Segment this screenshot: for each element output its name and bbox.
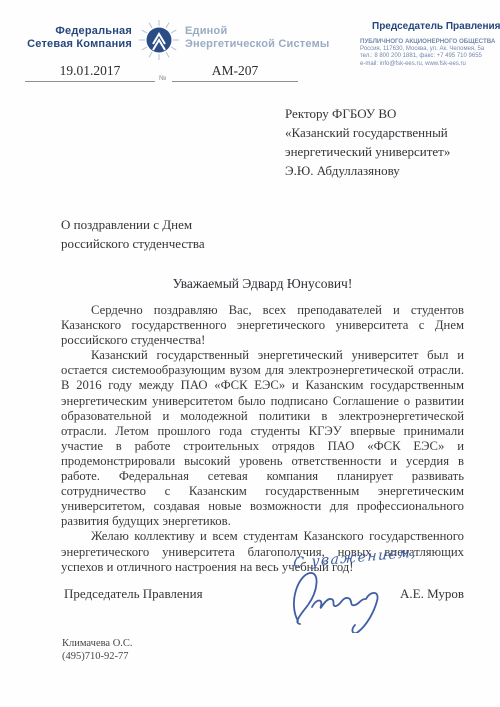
signature-flourish-icon — [284, 563, 404, 638]
company-email-web: e-mail: info@fsk-ees.ru, www.fsk-ees.ru — [360, 61, 496, 69]
letter-body: Сердечно поздравляю Вас, всех преподават… — [61, 303, 464, 575]
company-legal-form: ПУБЛИЧНОГО АКЦИОНЕРНОГО ОБЩЕСТВА — [360, 38, 496, 46]
body-paragraph-1: Сердечно поздравляю Вас, всех преподават… — [61, 303, 464, 348]
system-name-line1: Единой — [185, 25, 335, 38]
addressee-block: Ректору ФГБОУ ВО «Казанский государствен… — [285, 104, 450, 161]
addressee-line2: «Казанский государственный — [285, 123, 450, 142]
subject-block: О поздравлении с Днем российского студен… — [61, 215, 205, 253]
letterhead-right-block: Председатель Правления ПУБЛИЧНОГО АКЦИОН… — [360, 21, 496, 68]
letter-page: Федеральная Сетевая Компания — [0, 0, 500, 707]
letter-number: АМ-207 — [172, 63, 298, 82]
addressee-line1: Ректору ФГБОУ ВО — [285, 104, 450, 123]
chairman-title: Председатель Правления — [372, 21, 496, 32]
body-paragraph-2: Казанский государственный энергетический… — [61, 348, 464, 529]
company-address: Россия, 117630, Москва, ул. Ак. Челомея,… — [360, 46, 496, 54]
executor-block: Климачева О.С. (495)710-92-77 — [62, 637, 133, 663]
company-name-line1: Федеральная — [22, 25, 132, 38]
company-name: Федеральная Сетевая Компания — [22, 25, 132, 51]
number-sign-label: № — [159, 75, 167, 82]
letter-date: 19.01.2017 — [25, 63, 155, 82]
executor-phone: (495)710-92-77 — [62, 650, 133, 663]
signoff-position: Председатель Правления — [64, 586, 203, 602]
executor-name: Климачева О.С. — [62, 637, 133, 650]
addressee-line3: энергетический университет» — [285, 142, 450, 161]
fsk-ees-logo-icon — [137, 17, 181, 68]
subject-line1: О поздравлении с Днем — [61, 215, 205, 234]
company-name-line2: Сетевая Компания — [22, 38, 132, 51]
system-name: Единой Энергетической Системы — [185, 25, 335, 51]
subject-line2: российского студенчества — [61, 234, 205, 253]
addressee-name: Э.Ю. Абдуллазянову — [285, 163, 400, 179]
company-phones: тел.: 8 800 200 1881, факс: +7 495 710 9… — [360, 53, 496, 61]
signoff-name: А.Е. Муров — [400, 586, 464, 602]
salutation: Уважаемый Эдвард Юнусович! — [61, 276, 464, 292]
system-name-line2: Энергетической Системы — [185, 38, 335, 51]
